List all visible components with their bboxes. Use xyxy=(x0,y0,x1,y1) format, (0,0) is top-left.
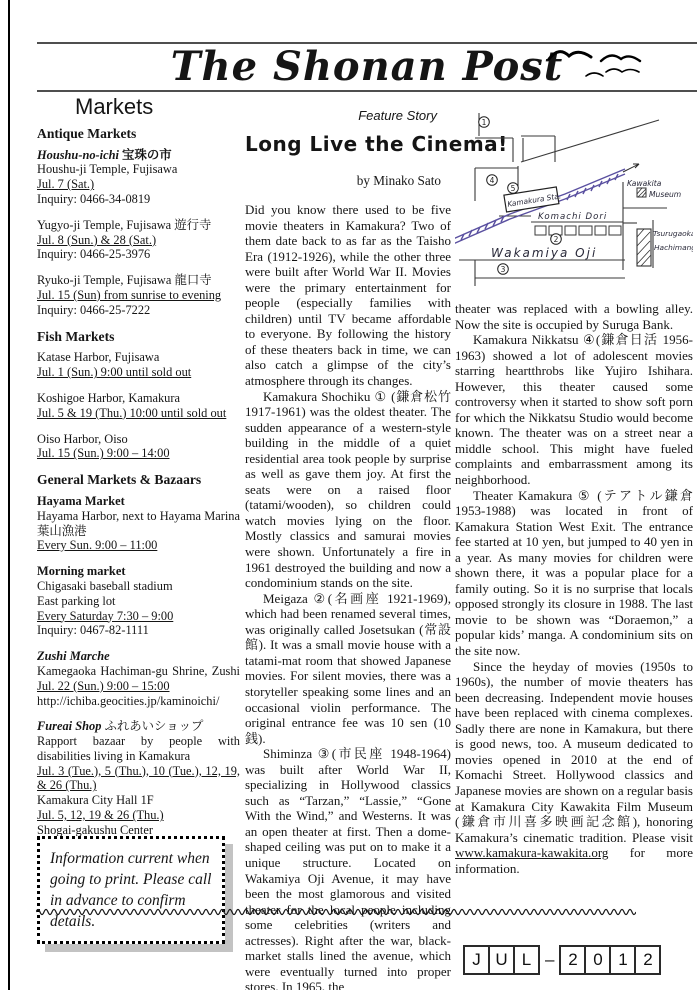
feature-kicker: Feature Story xyxy=(245,108,451,123)
market-text: Kamegaoka Hachiman-gu Shrine, Zushi xyxy=(37,664,240,678)
feature-byline: by Minako Sato xyxy=(245,173,451,189)
date-char-box: 1 xyxy=(609,945,636,975)
market-entry-line: Katase Harbor, Fujisawa xyxy=(37,350,240,365)
paragraph-text: theater was replaced with a bowling alle… xyxy=(455,301,693,332)
market-entry-line: Every Saturday 7:30 – 9:00 xyxy=(37,609,240,624)
market-entry: Oiso Harbor, OisoJul. 15 (Sun.) 9:00 – 1… xyxy=(37,432,240,462)
print-notice-box: Information current when going to print.… xyxy=(37,836,225,944)
issue-month-boxes: J U L xyxy=(463,945,540,975)
article-paragraph: Meigaza ②(名画座 1921-1969), which had been… xyxy=(245,591,451,746)
market-text: Oiso Harbor, Oiso xyxy=(37,432,128,446)
map-marker-4: 4 xyxy=(487,175,498,186)
market-entry-line: Fureai Shop ふれあいショップ xyxy=(37,719,240,734)
market-text: Fureai Shop xyxy=(37,719,101,733)
railway-arrow-icon xyxy=(623,164,639,172)
hand-drawn-map: Kamakura Sta. Kawakita Museum Tsurugaoka… xyxy=(455,108,693,292)
article-column-2: Did you know there used to be five movie… xyxy=(245,202,451,990)
market-entry-line: Rapport bazaar by people with disabiliti… xyxy=(37,734,240,764)
market-text: Kamakura City Hall 1F xyxy=(37,793,154,807)
market-text: Morning market xyxy=(37,564,125,578)
seagulls-icon xyxy=(546,44,650,84)
market-text: Rapport bazaar by people with disabiliti… xyxy=(37,734,240,763)
date-char-box: L xyxy=(513,945,540,975)
article-paragraph: Kamakura Nikkatsu ④(鎌倉日活 1956-1963) show… xyxy=(455,332,693,487)
paragraph-text: Since the heyday of movies (1950s to 196… xyxy=(455,659,693,845)
market-entry: Katase Harbor, FujisawaJul. 1 (Sun.) 9:0… xyxy=(37,350,240,380)
feature-column: Feature Story Long Live the Cinema! by M… xyxy=(245,108,451,990)
market-text: East parking lot xyxy=(37,594,115,608)
paragraph-text: Shiminza ③(市民座 1948-1964) was built afte… xyxy=(245,746,451,990)
paragraph-text: Kamakura Shochiku ① (鎌倉松竹 1917-1961) was… xyxy=(245,389,451,591)
market-text: Koshigoe Harbor, Kamakura xyxy=(37,391,180,405)
wakamiya-oji-label: Wakamiya Oji xyxy=(491,246,597,260)
market-entry-line: Jul. 15 (Sun.) 9:00 – 14:00 xyxy=(37,446,240,461)
museum-label-1: Kawakita xyxy=(627,179,662,188)
market-text: Hayama Harbor, next to Hayama Marina 葉山漁… xyxy=(37,509,240,538)
markets-heading: Markets xyxy=(75,100,240,115)
market-text: Ryuko-ji Temple, Fujisawa 龍口寺 xyxy=(37,273,212,287)
film-museum-url[interactable]: www.kamakura-kawakita.org xyxy=(455,845,608,860)
market-entry-line: Jul. 8 (Sun.) & 28 (Sat.) xyxy=(37,233,240,248)
market-text: Katase Harbor, Fujisawa xyxy=(37,350,159,364)
market-text: Inquiry: 0467-82-1111 xyxy=(37,623,149,637)
shrine-label-1: Tsurugaoka xyxy=(653,229,693,238)
market-entry-line: Jul. 5 & 19 (Thu.) 10:00 until sold out xyxy=(37,406,240,421)
paragraph-text: Meigaza ②(名画座 1921-1969), which had been… xyxy=(245,591,451,746)
article-paragraph: Since the heyday of movies (1950s to 196… xyxy=(455,659,693,877)
market-entry: Ryuko-ji Temple, Fujisawa 龍口寺Jul. 15 (Su… xyxy=(37,273,240,317)
date-char-box: 0 xyxy=(584,945,611,975)
museum-icon xyxy=(637,188,646,197)
market-entry-line: Every Sun. 9:00 – 11:00 xyxy=(37,538,240,553)
market-text: Jul. 3 (Tue.), 5 (Thu.), 10 (Tue.), 12, … xyxy=(37,764,240,793)
article-column-3: theater was replaced with a bowling alle… xyxy=(455,301,693,876)
masthead-rule-bottom xyxy=(37,90,697,92)
market-section-heading: Fish Markets xyxy=(37,330,240,345)
article-paragraph: theater was replaced with a bowling alle… xyxy=(455,301,693,332)
markets-sections: Antique MarketsHoushu-no-ichi 宝珠の市Houshu… xyxy=(37,127,240,838)
market-entry-line: Houshu-ji Temple, Fujisawa xyxy=(37,162,240,177)
paragraph-text: Did you know there used to be five movie… xyxy=(245,202,451,388)
article-paragraph: Kamakura Shochiku ① (鎌倉松竹 1917-1961) was… xyxy=(245,389,451,591)
market-text: Yugyo-ji Temple, Fujisawa 遊行寺 xyxy=(37,218,211,232)
market-entry-line: Inquiry: 0466-34-0819 xyxy=(37,192,240,207)
print-notice-text: Information current when going to print.… xyxy=(50,850,211,930)
market-entry: Hayama MarketHayama Harbor, next to Haya… xyxy=(37,494,240,553)
market-text: Inquiry: 0466-34-0819 xyxy=(37,192,150,206)
market-entry-line: Jul. 3 (Tue.), 5 (Thu.), 10 (Tue.), 12, … xyxy=(37,764,240,794)
market-entry: Fureai Shop ふれあいショップRapport bazaar by pe… xyxy=(37,719,240,837)
market-text: 宝珠の市 xyxy=(119,148,172,162)
feature-title: Long Live the Cinema! xyxy=(245,132,451,156)
market-entry-line: Hayama Harbor, next to Hayama Marina 葉山漁… xyxy=(37,509,240,539)
market-section-heading: General Markets & Bazaars xyxy=(37,473,240,488)
market-entry-line: Oiso Harbor, Oiso xyxy=(37,432,240,447)
market-entry-line: Jul. 1 (Sun.) 9:00 until sold out xyxy=(37,365,240,380)
market-text: Every Sun. 9:00 – 11:00 xyxy=(37,538,157,552)
market-entry-line: Jul. 15 (Sun) from sunrise to evening xyxy=(37,288,240,303)
market-text: Inquiry: 0466-25-3976 xyxy=(37,247,150,261)
right-column: Kamakura Sta. Kawakita Museum Tsurugaoka… xyxy=(455,108,693,876)
date-char-box: 2 xyxy=(634,945,661,975)
market-entry-line: Inquiry: 0467-82-1111 xyxy=(37,623,240,638)
date-char-box: 2 xyxy=(559,945,586,975)
shrine-label-2: Hachimangu xyxy=(654,243,693,252)
market-entry-line: East parking lot xyxy=(37,594,240,609)
market-entry-line: Jul. 5, 12, 19 & 26 (Thu.) xyxy=(37,808,240,823)
map-marker-1: 1 xyxy=(479,117,490,128)
market-text: Jul. 15 (Sun) from sunrise to evening xyxy=(37,288,221,302)
market-entry-line: Morning market xyxy=(37,564,240,579)
article-paragraph: Theater Kamakura ⑤ (テアトル鎌倉 1953-1988) wa… xyxy=(455,488,693,659)
market-text: Jul. 1 (Sun.) 9:00 until sold out xyxy=(37,365,191,379)
market-entry-line: Koshigoe Harbor, Kamakura xyxy=(37,391,240,406)
market-text: Houshu-no-ichi xyxy=(37,148,119,162)
market-entry-line: Zushi Marche xyxy=(37,649,240,664)
market-text: Jul. 7 (Sat.) xyxy=(37,177,94,191)
map-marker-5: 5 xyxy=(508,183,519,194)
market-text: Chigasaki baseball stadium xyxy=(37,579,173,593)
market-entry-line: Kamegaoka Hachiman-gu Shrine, Zushi Jul.… xyxy=(37,664,240,694)
market-entry-line: Ryuko-ji Temple, Fujisawa 龍口寺 xyxy=(37,273,240,288)
market-entry: Morning marketChigasaki baseball stadium… xyxy=(37,564,240,638)
market-entry-line: Chigasaki baseball stadium xyxy=(37,579,240,594)
market-text: Jul. 8 (Sun.) & 28 (Sat.) xyxy=(37,233,156,247)
svg-text:4: 4 xyxy=(490,176,495,185)
market-entry-line: Kamakura City Hall 1F xyxy=(37,793,240,808)
issue-year-boxes: 2 0 1 2 xyxy=(559,945,661,975)
market-entry: Yugyo-ji Temple, Fujisawa 遊行寺Jul. 8 (Sun… xyxy=(37,218,240,262)
market-entry-line: http://ichiba.geocities.jp/kaminoichi/ xyxy=(37,694,240,709)
market-text: Inquiry: 0466-25-7222 xyxy=(37,303,150,317)
market-entry: Zushi MarcheKamegaoka Hachiman-gu Shrine… xyxy=(37,649,240,708)
market-url-link[interactable]: http://ichiba.geocities.jp/kaminoichi/ xyxy=(37,694,219,708)
market-text: Jul. 5 & 19 (Thu.) 10:00 until sold out xyxy=(37,406,226,420)
museum-label-2: Museum xyxy=(649,190,681,199)
svg-text:2: 2 xyxy=(554,235,559,244)
market-text: Jul. 15 (Sun.) 9:00 – 14:00 xyxy=(37,446,170,460)
page-left-border xyxy=(8,0,10,990)
market-text: Houshu-ji Temple, Fujisawa xyxy=(37,162,177,176)
map-marker-3: 3 xyxy=(498,264,509,275)
market-entry: Houshu-no-ichi 宝珠の市Houshu-ji Temple, Fuj… xyxy=(37,148,240,207)
shrine-icon xyxy=(637,229,651,266)
date-separator: – xyxy=(540,950,559,970)
market-text: Jul. 22 (Sun.) 9:00 – 15:00 xyxy=(37,679,170,693)
article-paragraph: Did you know there used to be five movie… xyxy=(245,202,451,389)
market-entry-line: Inquiry: 0466-25-7222 xyxy=(37,303,240,318)
paragraph-text: Theater Kamakura ⑤ (テアトル鎌倉 1953-1988) wa… xyxy=(455,488,693,658)
svg-text:3: 3 xyxy=(501,265,506,274)
market-text: Zushi Marche xyxy=(37,649,110,663)
market-text: Shogai-gakushu Center xyxy=(37,823,153,837)
market-entry-line: Inquiry: 0466-25-3976 xyxy=(37,247,240,262)
market-entry-line: Hayama Market xyxy=(37,494,240,509)
market-text: Jul. 5, 12, 19 & 26 (Thu.) xyxy=(37,808,164,822)
article-paragraph: Shiminza ③(市民座 1948-1964) was built afte… xyxy=(245,746,451,990)
svg-text:1: 1 xyxy=(482,118,487,127)
market-entry-line: Yugyo-ji Temple, Fujisawa 遊行寺 xyxy=(37,218,240,233)
market-entry-line: Jul. 7 (Sat.) xyxy=(37,177,240,192)
market-text: Hayama Market xyxy=(37,494,125,508)
market-section-heading: Antique Markets xyxy=(37,127,240,142)
wavy-divider xyxy=(36,906,636,918)
market-text: ふれあいショップ xyxy=(101,719,203,733)
paragraph-text: Kamakura Nikkatsu ④(鎌倉日活 1956-1963) show… xyxy=(455,332,693,487)
market-entry-line: Houshu-no-ichi 宝珠の市 xyxy=(37,148,240,163)
date-char-box: U xyxy=(488,945,515,975)
komachi-dori-label: Komachi Dori xyxy=(538,212,607,222)
map-marker-2: 2 xyxy=(551,234,562,245)
issue-date: J U L – 2 0 1 2 xyxy=(463,945,661,975)
svg-text:5: 5 xyxy=(511,184,516,193)
date-char-box: J xyxy=(463,945,490,975)
map-buildings xyxy=(535,226,621,235)
market-text: Every Saturday 7:30 – 9:00 xyxy=(37,609,173,623)
market-entry: Koshigoe Harbor, KamakuraJul. 5 & 19 (Th… xyxy=(37,391,240,421)
markets-column: Markets Antique MarketsHoushu-no-ichi 宝珠… xyxy=(37,100,240,849)
